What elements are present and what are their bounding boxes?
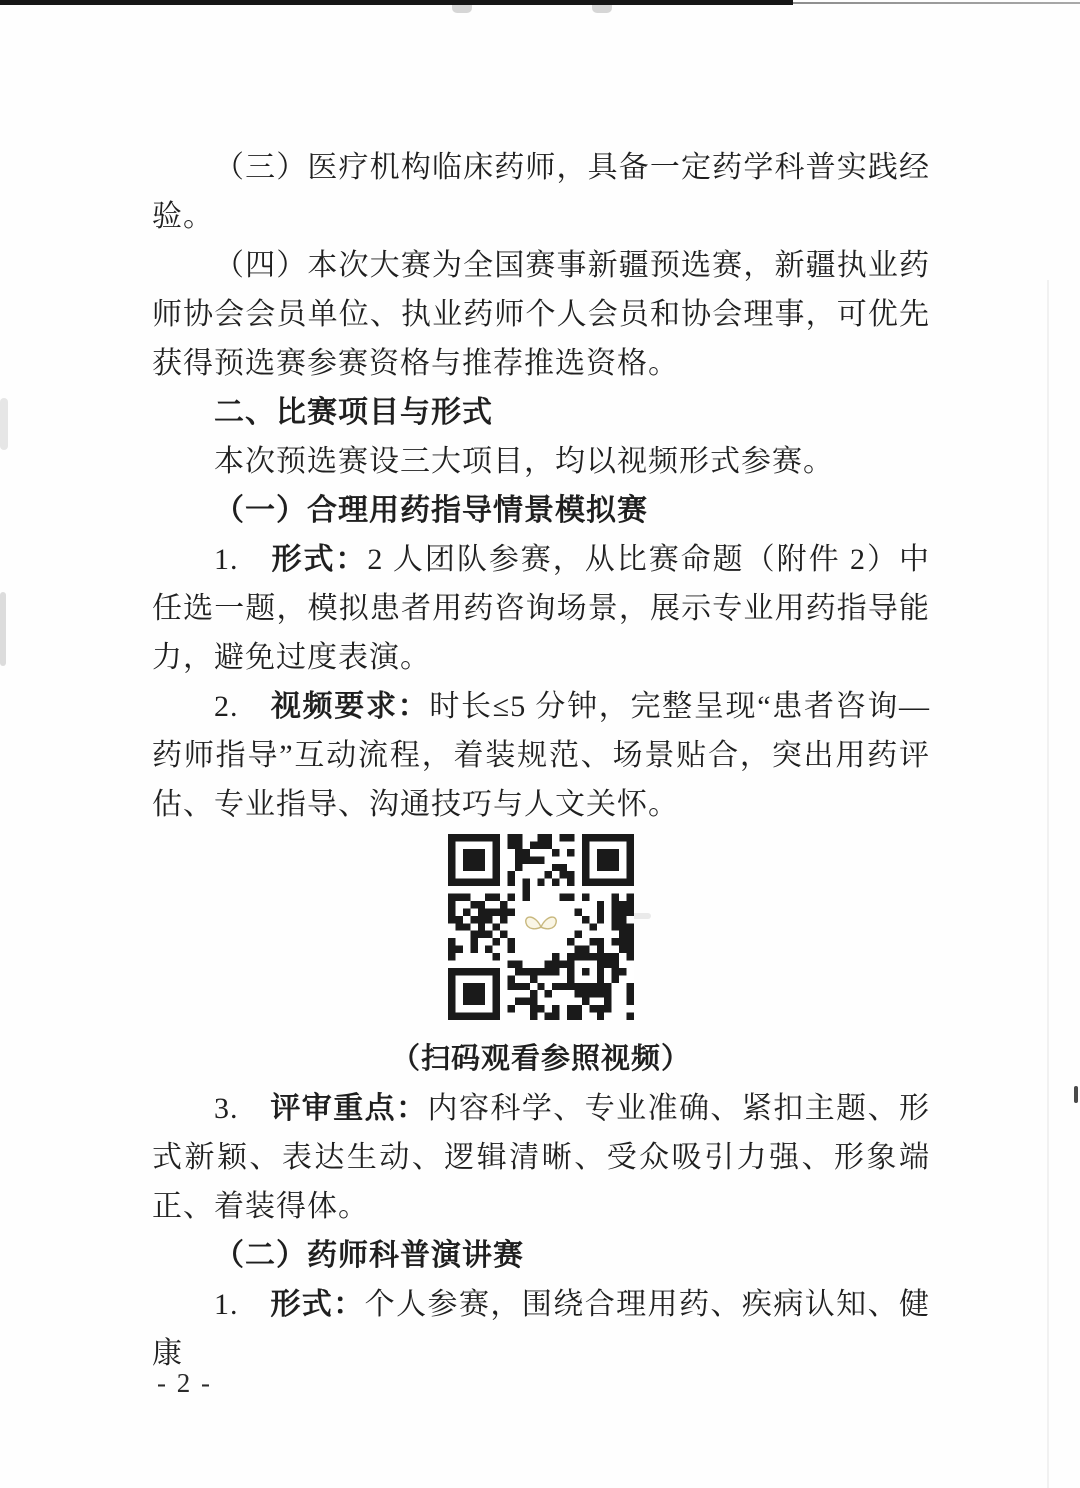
scan-artifact-tab (452, 5, 472, 13)
text-block-upper: （三）医疗机构临床药师，具备一定药学科普实践经验。（四）本次大赛为全国赛事新疆预… (152, 143, 930, 829)
heading-section-2: 二、比赛项目与形式 (152, 388, 930, 437)
page-number: - 2 - (157, 1368, 212, 1399)
heading-contest-1: （一）合理用药指导情景模拟赛 (152, 486, 930, 535)
scanned-document-page: （三）医疗机构临床药师，具备一定药学科普实践经验。（四）本次大赛为全国赛事新疆预… (0, 0, 1080, 1488)
para-item-3: （三）医疗机构临床药师，具备一定药学科普实践经验。 (152, 143, 930, 241)
scan-artifact-tab (592, 5, 612, 13)
text-block-lower: 3. 评审重点：内容科学、专业准确、紧扣主题、形式新颖、表达生动、逻辑清晰、受众… (152, 1084, 930, 1378)
para-contest1-item-3: 3. 评审重点：内容科学、专业准确、紧扣主题、形式新颖、表达生动、逻辑清晰、受众… (152, 1084, 930, 1231)
document-body: （三）医疗机构临床药师，具备一定药学科普实践经验。（四）本次大赛为全国赛事新疆预… (152, 143, 930, 1378)
para-section-intro: 本次预选赛设三大项目，均以视频形式参赛。 (152, 437, 930, 486)
scan-artifact-dash (1074, 1086, 1078, 1103)
scan-artifact-smudge (0, 398, 8, 450)
scan-artifact-fold-line (1047, 280, 1049, 1488)
qr-code (448, 834, 634, 1020)
para-contest1-item-2: 2. 视频要求：时长≤5 分钟，完整呈现“患者咨询—药师指导”互动流程，着装规范… (152, 682, 930, 829)
heading-contest-2: （二）药师科普演讲赛 (152, 1231, 930, 1280)
para-contest1-item-1: 1. 形式：2 人团队参赛，从比赛命题（附件 2）中任选一题，模拟患者用药咨询场… (152, 535, 930, 682)
butterfly-logo-icon (521, 910, 561, 944)
scan-artifact-top-bar (0, 0, 793, 5)
scan-artifact-smudge (0, 592, 6, 666)
para-item-4: （四）本次大赛为全国赛事新疆预选赛，新疆执业药师协会会员单位、执业药师个人会员和… (152, 241, 930, 388)
para-contest2-item-1: 1. 形式：个人参赛，围绕合理用药、疾病认知、健康 (152, 1280, 930, 1378)
qr-caption: （扫码观看参照视频） (152, 1035, 930, 1084)
